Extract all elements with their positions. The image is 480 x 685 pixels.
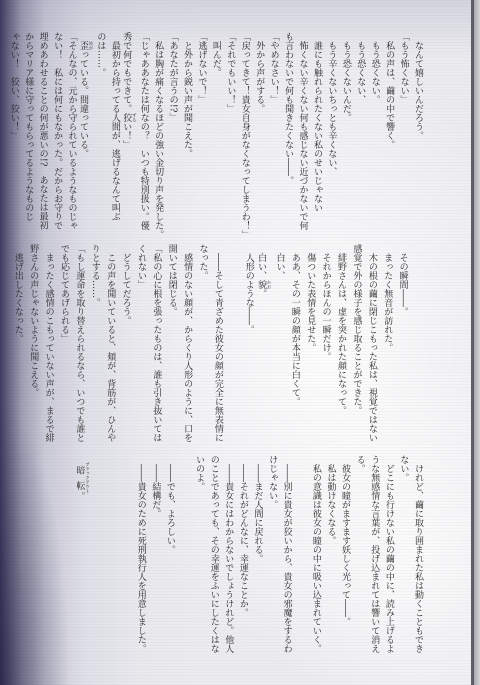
text-line: なんて嬉しいんだろう。: [411, 32, 425, 247]
blank-line: [89, 455, 104, 670]
text-line: 感情のない顔が、からくり人形のように、口を: [179, 244, 194, 459]
text-line: 私の意識は彼女の瞳の中に吸い込まれていく。: [308, 455, 323, 670]
text-line: 開いては閉じる。: [163, 244, 178, 459]
text-segment: 白い、: [256, 244, 266, 280]
text-line: どこにも行けない私の繭の中に、読み上げるよ: [381, 455, 396, 670]
text-line: その瞬間――。: [394, 244, 409, 459]
text-line: ない。: [396, 455, 411, 670]
text-line: 「そんなの、元から守られているようなものじゃ: [64, 32, 78, 247]
text-line: もう恐くないんだ。: [338, 32, 352, 247]
ruby-base: 歪: [78, 41, 88, 50]
text-line: 私は胸が痛くなるほどの強い金切り声を発した。: [151, 32, 165, 247]
text-line: 白い、: [271, 244, 286, 459]
text-line: る。: [352, 455, 367, 670]
text-line: 私の声は、繭の中で響く。: [382, 32, 396, 247]
text-line: もう辛くないちっとも辛くない、: [324, 32, 338, 247]
text-line: でも応じてあげられる」: [56, 244, 71, 459]
ruby-word: 貌かお: [256, 280, 266, 289]
blank-line: [410, 244, 425, 459]
text-line: ない！ 私には何にもなかった。だからお守りで: [50, 32, 64, 247]
text-line: 最初から持ってる人間が、逃げるなんて叫ぶ: [107, 32, 121, 247]
text-line: 「やめなさい！」: [266, 32, 280, 247]
text-line: も言わないで何も聞きたくない――。: [281, 32, 295, 247]
text-line: 私は動けなくなる。: [323, 455, 338, 670]
text-line: もう恐くない。: [367, 32, 381, 247]
text-line: 「私の心に根を張ったものは、誰も引き抜いては: [148, 244, 163, 459]
ruby-base: 貌: [256, 280, 266, 289]
text-line: ――結構だ。: [148, 455, 163, 670]
blank-line: [177, 455, 192, 670]
text-line: この声を聞いていると、頬が、背筋が、ひんや: [102, 244, 117, 459]
upper-text-tier: なんて嬉しいんだろう。 「もう怖くない」 私の声は、繭の中で響く。 もう恐くない…: [6, 32, 425, 247]
blank-line: [225, 244, 240, 459]
blank-line: [119, 455, 134, 670]
text-segment: [78, 32, 88, 41]
text-line-with-ruby: 歪ゆがっている。間違っている。: [79, 32, 93, 247]
ruby-word: 暗転ブラックアウト: [74, 464, 84, 492]
text-segment: っている。間違っている。: [78, 50, 88, 158]
text-line-with-ruby: 暗転ブラックアウト。: [75, 455, 90, 670]
text-line: のことであっても、その幸運をふいにしたくはな: [206, 455, 221, 670]
text-line: 傷ついた表情を見せた。: [302, 244, 317, 459]
text-line: 野さんの声じゃないように聞こえる。: [25, 244, 40, 459]
text-segment: 秀で何でもできて。: [121, 32, 131, 113]
lower-text-tier: けれど、繭に取り囲まれた私は動くこともでき ない。 どこにも行けない私の繭の中に…: [75, 455, 425, 670]
text-line: どうしてだろう。: [117, 244, 132, 459]
text-line: りとする……。: [86, 244, 101, 459]
text-line-with-ruby: 白い、貌かお。: [256, 244, 271, 459]
text-segment: い！」: [121, 122, 131, 149]
text-line: いのよ。: [192, 455, 207, 670]
text-line: からマリア様に守ってもらってるようなものじ: [21, 32, 35, 247]
text-line: 「逃げないで！」: [194, 32, 208, 247]
ruby-reading: ずる: [131, 113, 136, 122]
text-line: 「それでもいい！」: [223, 32, 237, 247]
text-line: ゃない！ 狡い、狡い！」: [6, 32, 20, 247]
ruby-word: 歪ゆが: [78, 41, 88, 50]
ruby-reading: ブラックアウト: [84, 462, 89, 494]
text-line: ――貴女のために死刑執行人を用意しました。: [133, 455, 148, 670]
text-line: ――別に貴女が狡いから、貴女の邪魔をするわ: [279, 455, 294, 670]
text-line: くれない」: [133, 244, 148, 459]
text-line: 木の根の繭に閉じこもった私は、視覚ではない: [363, 244, 378, 459]
ruby-reading: ゆが: [88, 41, 93, 50]
text-line: ――貴女にはわからないでしょうけれど。他人: [221, 455, 236, 670]
text-line: 外から声がする。: [252, 32, 266, 247]
ruby-base: 暗転: [74, 462, 84, 494]
text-line: もう恐くない、: [353, 32, 367, 247]
text-line: ――でも、よろしい。: [162, 455, 177, 670]
text-line: ――それがどんなに、幸運なことか。: [235, 455, 250, 670]
text-line: けじゃない。: [264, 455, 279, 670]
text-line-with-ruby: 秀で何でもできて。狡ずるい！」: [122, 32, 136, 247]
text-line: けれど、繭に取り囲まれた私は動くこともでき: [410, 455, 425, 670]
middle-text-tier: その瞬間――。 まったく無音が訪れた。 木の根の繭に閉じこもった私は、視覚ではな…: [9, 244, 425, 459]
text-line: 「あなたが言うの!?」: [165, 32, 179, 247]
text-line: 怖くない辛くない何も感じない近づかないで何: [295, 32, 309, 247]
text-line: のは……。: [93, 32, 107, 247]
text-line: まったく無音が訪れた。: [379, 244, 394, 459]
text-line: うな無感情な言葉が、投げ込まれては響いて消え: [367, 455, 382, 670]
ruby-base: 狡: [121, 113, 131, 122]
text-line: ああ、その一瞬の顔が本当に白くて。: [286, 244, 301, 459]
text-line: それからほんの一瞬だけ。: [317, 244, 332, 459]
text-line: まったく感情のこもっていない声が、まるで緋: [40, 244, 55, 459]
text-line: 感覚で外の様子を感じ取ることができた。: [348, 244, 363, 459]
blank-line: [294, 455, 309, 670]
text-segment: 。: [256, 289, 266, 298]
text-line: 「もう怖くない」: [396, 32, 410, 247]
page-edge-outer: [474, 0, 480, 685]
text-line: 埋めあわせることの何が悪いの!? あなたは最初: [35, 32, 49, 247]
text-line: 逃げ出したくなった。: [9, 244, 24, 459]
text-line: 緋野さんは、虚を突かれた顔になって。: [333, 244, 348, 459]
text-line: 「もし運命を取り替えられるなら、いつでも誰と: [71, 244, 86, 459]
ruby-reading: かお: [266, 280, 271, 289]
text-line: と外から鋭い声が聞こえた。: [180, 32, 194, 247]
ruby-word: 狡ずる: [121, 113, 131, 122]
text-line: 叫んだ。: [208, 32, 222, 247]
text-line: 誰にも触れられたくない私のせいじゃない: [310, 32, 324, 247]
text-segment: 。: [74, 492, 84, 501]
text-line: 彼女の瞳がますます妖しく光って――。: [337, 455, 352, 670]
text-line: 「戻ってきて！貴女自身がなくなってしまうわ！」: [237, 32, 251, 247]
text-line: 人形のような――。: [240, 244, 255, 459]
text-line: なった。: [194, 244, 209, 459]
text-line: ――そして青ざめた彼女の顔が完全に無表情に: [210, 244, 225, 459]
text-line: ――まだ人間に戻れる。: [250, 455, 265, 670]
text-line: 「じゃああなたは何なの？ いつも特別扱い。優: [136, 32, 150, 247]
blank-line: [104, 455, 119, 670]
